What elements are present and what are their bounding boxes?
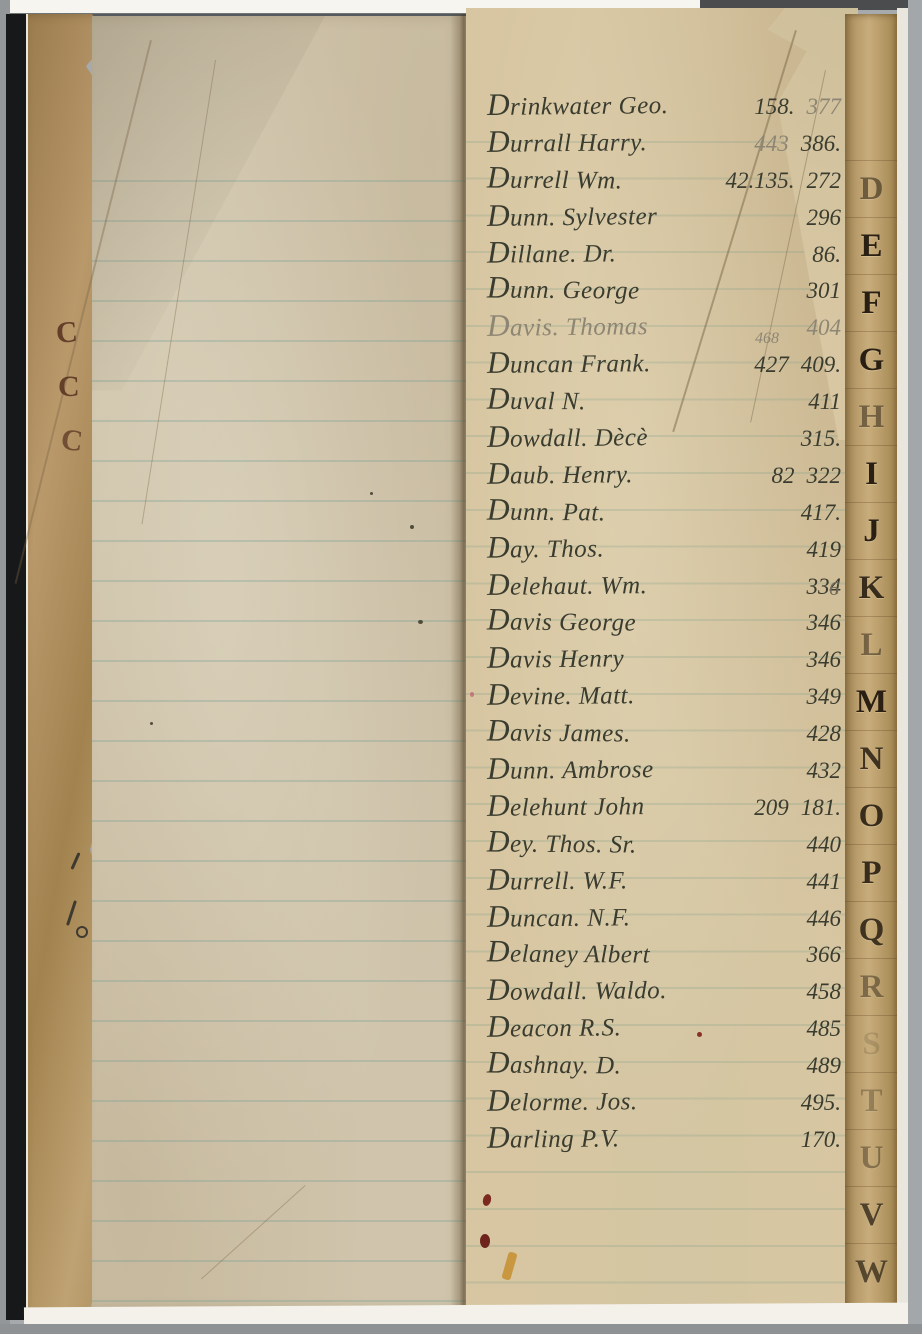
entry-name: Dowdall. Waldo.	[487, 970, 667, 1008]
index-entry: Davis James.428	[487, 713, 841, 750]
page-number: 411	[808, 389, 841, 415]
page-number: 272	[807, 168, 842, 194]
alpha-tab-m: M	[845, 673, 898, 730]
alpha-tab-v: V	[845, 1186, 898, 1243]
alpha-tab-letter: I	[865, 456, 878, 493]
page-number: 42.135.	[726, 168, 795, 194]
page-number: 417.	[801, 500, 841, 526]
index-entry: Dunn. Pat.417.	[487, 492, 841, 529]
entry-page-numbers: 443386.	[754, 131, 841, 157]
index-entry: Daub. Henry.82322	[487, 455, 841, 492]
index-entry: Dowdall. Dècè315.	[487, 418, 841, 455]
entry-name: Delaney Albert	[487, 934, 650, 971]
index-entry: Dowdall. Waldo.458	[487, 971, 841, 1008]
ink-speck	[370, 492, 373, 495]
alpha-tab-k: K	[845, 559, 898, 616]
alpha-tab-letter: N	[860, 741, 884, 778]
entry-name: Drinkwater Geo.	[487, 85, 669, 123]
entry-page-numbers: 86.	[812, 242, 841, 268]
entry-name: Dey. Thos. Sr.	[487, 823, 637, 860]
alpha-tab-letter: T	[860, 1083, 882, 1120]
alpha-tab-letter: H	[859, 399, 885, 436]
left-tab-remnant: C	[55, 315, 79, 350]
entry-page-numbers: 489	[807, 1053, 842, 1079]
margin-pencil-mark: 6	[829, 578, 839, 601]
entry-name: Durrell. W.F.	[487, 860, 628, 897]
scanner-edge-bottom	[0, 1324, 922, 1334]
entry-name: Daub. Henry.	[487, 454, 633, 492]
index-entry: Davis Henry346	[487, 639, 841, 676]
index-entry: Delaney Albert366	[487, 934, 841, 971]
entry-page-numbers: 495.	[801, 1090, 841, 1116]
page-number: 419	[807, 537, 842, 563]
alpha-tab-i: I	[845, 445, 898, 502]
index-entry: Darling P.V.170.	[487, 1119, 841, 1156]
alpha-tab-t: T	[845, 1072, 898, 1129]
alpha-tab-letter: D	[860, 171, 884, 208]
red-ink-dot	[697, 1032, 702, 1037]
alpha-tab-letter: E	[860, 228, 882, 265]
page-number: 386.	[801, 131, 841, 157]
alpha-tab-letter: M	[856, 684, 887, 721]
alpha-tab-r: R	[845, 958, 898, 1015]
entry-page-numbers: 446	[807, 906, 842, 932]
alpha-tab-j: J	[845, 502, 898, 559]
entry-page-numbers: 82322	[772, 463, 842, 489]
index-entry: Dillane. Dr.86.	[487, 234, 841, 271]
page-number: 209	[754, 795, 789, 821]
entry-name: Davis Henry	[487, 639, 624, 676]
alpha-tab-column: DEFGHIJKLMNOPQRSTUVW	[845, 14, 898, 1314]
index-entry: Duval N.411	[487, 381, 841, 418]
alpha-tab-letter: W	[855, 1254, 888, 1291]
entry-page-numbers: 419	[807, 537, 842, 563]
page-number: 346	[807, 647, 842, 673]
entry-page-numbers: 158.377	[754, 94, 841, 120]
entry-page-numbers: 346	[807, 610, 842, 636]
index-entry: Devine. Matt.349	[487, 676, 841, 713]
page-number: 458	[807, 979, 842, 1005]
entry-name: Dunn. Pat.	[487, 491, 606, 528]
alpha-tab-o: O	[845, 787, 898, 844]
alpha-tab-h: H	[845, 388, 898, 445]
page-number: 446	[807, 906, 842, 932]
index-entry: Drinkwater Geo.158.377	[487, 86, 841, 123]
page-number: 489	[807, 1053, 842, 1079]
page-number: 443	[754, 131, 789, 157]
index-entry: Durrell Wm.42.135.272	[487, 160, 841, 197]
index-entry: Dashnay. D.489	[487, 1045, 841, 1082]
book-spine-shadow	[6, 14, 28, 1320]
scanner-edge-right	[908, 0, 922, 1334]
entry-page-numbers: 441	[807, 869, 842, 895]
alpha-tab-letter: R	[860, 969, 884, 1006]
index-entry: Dunn. Sylvester296	[487, 197, 841, 234]
index-entry: Duncan. N.F.446	[487, 898, 841, 935]
entry-page-numbers: 411	[808, 389, 841, 415]
ink-speck	[418, 620, 423, 624]
entry-page-numbers: 301	[807, 278, 842, 304]
page-number: 428	[807, 721, 842, 747]
page-number: 409.	[801, 352, 841, 378]
alpha-tab-letter: G	[859, 342, 885, 379]
entry-page-numbers: 42.135.272	[726, 168, 842, 194]
index-entry: Delorme. Jos.495.	[487, 1082, 841, 1119]
entry-name: Dunn. Sylvester	[487, 196, 658, 234]
page-number: 170.	[801, 1127, 841, 1153]
tab-column-spacer	[845, 14, 898, 160]
entry-name: Dunn. Ambrose	[487, 749, 654, 787]
page-number: 485	[807, 1016, 842, 1042]
scanned-ledger-spread: Drinkwater Geo.158.377Durrall Harry.4433…	[0, 0, 922, 1334]
entry-page-numbers: 417.	[801, 500, 841, 526]
alpha-tab-q: Q	[845, 901, 898, 958]
pencil-correction-note: 468	[755, 330, 779, 348]
entry-page-numbers: 366	[807, 942, 842, 968]
page-number: 432	[807, 758, 842, 784]
alpha-tab-letter: U	[860, 1140, 884, 1177]
alpha-tab-w: W	[845, 1243, 898, 1300]
page-number: 349	[807, 684, 842, 710]
alpha-tab-s: S	[845, 1015, 898, 1072]
index-entry: Durrall Harry.443386.	[487, 123, 841, 160]
index-entry: Day. Thos.419	[487, 529, 841, 566]
entry-name: Durrell Wm.	[487, 159, 623, 196]
entry-name: Dillane. Dr.	[487, 233, 617, 270]
alpha-tab-u: U	[845, 1129, 898, 1186]
alpha-tab-p: P	[845, 844, 898, 901]
left-tab-remnant: C	[58, 370, 80, 404]
entry-name: Davis George	[487, 602, 636, 639]
alpha-tab-f: F	[845, 274, 898, 331]
entry-name: Delorme. Jos.	[487, 1081, 638, 1119]
page-number: 366	[807, 942, 842, 968]
entry-name: Durrall Harry.	[487, 122, 648, 160]
index-entry: Dunn. Ambrose432	[487, 750, 841, 787]
ink-speck	[150, 722, 153, 725]
index-entry: Davis George346	[487, 602, 841, 639]
index-entry: Deacon R.S.485	[487, 1008, 841, 1045]
entry-page-numbers: 404	[807, 315, 842, 341]
entry-page-numbers: 296	[807, 205, 842, 231]
alpha-tab-letter: F	[861, 285, 881, 322]
entry-page-numbers: 458	[807, 979, 842, 1005]
entry-name: Dunn. George	[487, 270, 640, 307]
index-entry: Duncan Frank.427409.468	[487, 344, 841, 381]
page-number: 495.	[801, 1090, 841, 1116]
alpha-tab-l: L	[845, 616, 898, 673]
entry-page-numbers: 349	[807, 684, 842, 710]
entry-page-numbers: 346	[807, 647, 842, 673]
alpha-tab-letter: Q	[859, 912, 885, 949]
entry-name: Day. Thos.	[487, 528, 605, 565]
alpha-tab-letter: O	[859, 798, 885, 835]
alpha-tab-n: N	[845, 730, 898, 787]
index-entry-list: Drinkwater Geo.158.377Durrall Harry.4433…	[487, 86, 841, 1156]
entry-name: Delehaut. Wm.	[487, 565, 648, 603]
page-number: 346	[807, 610, 842, 636]
page-number: 296	[807, 205, 842, 231]
entry-page-numbers: 440	[807, 832, 842, 858]
page-number: 377	[807, 94, 842, 120]
entry-name: Dashnay. D.	[487, 1045, 622, 1082]
entry-name: Duncan. N.F.	[487, 897, 631, 934]
index-entry: Delehaut. Wm.334	[487, 566, 841, 603]
alpha-tab-letter: S	[862, 1026, 880, 1063]
red-wax-spot	[480, 1234, 490, 1248]
entry-page-numbers: 209181.	[754, 795, 841, 821]
alpha-tab-letter: L	[860, 627, 882, 664]
entry-page-numbers: 428	[807, 721, 842, 747]
entry-name: Devine. Matt.	[487, 675, 635, 713]
entry-page-numbers: 432	[807, 758, 842, 784]
index-entry: Delehunt John209181.	[487, 787, 841, 824]
entry-page-numbers: 315.	[801, 426, 841, 452]
entry-page-numbers: 427409.	[754, 352, 841, 378]
alpha-tab-letter: P	[861, 855, 881, 892]
index-entry: Durrell. W.F.441	[487, 861, 841, 898]
page-number: 440	[807, 832, 842, 858]
entry-page-numbers: 485	[807, 1016, 842, 1042]
page-number: 301	[807, 278, 842, 304]
index-entry: Dey. Thos. Sr.440	[487, 824, 841, 861]
page-number: 181.	[801, 795, 841, 821]
entry-name: Delehunt John	[487, 786, 645, 824]
index-entry: Davis. Thomas404	[487, 307, 841, 344]
entry-name: Darling P.V.	[487, 1118, 620, 1155]
left-tab-remnant: C	[59, 423, 85, 459]
alpha-tab-letter: V	[860, 1197, 884, 1234]
entry-name: Davis. Thomas	[487, 307, 648, 345]
page-number: 315.	[801, 426, 841, 452]
entry-name: Dowdall. Dècè	[487, 417, 648, 455]
alpha-tab-e: E	[845, 217, 898, 274]
alpha-tab-letter: K	[859, 570, 885, 607]
page-number: 427	[754, 352, 789, 378]
page-number: 322	[807, 463, 842, 489]
entry-page-numbers: 170.	[801, 1127, 841, 1153]
alpha-tab-d: D	[845, 160, 898, 217]
entry-name: Davis James.	[487, 713, 631, 750]
stray-ink-mark	[76, 926, 88, 938]
page-number: 404	[807, 315, 842, 341]
page-number: 82	[772, 463, 795, 489]
page-number: 86.	[812, 242, 841, 268]
alpha-tab-g: G	[845, 331, 898, 388]
page-number: 158.	[754, 94, 794, 120]
entry-name: Duncan Frank.	[487, 343, 651, 381]
page-number: 441	[807, 869, 842, 895]
alpha-tab-letter: J	[863, 513, 880, 550]
entry-name: Deacon R.S.	[487, 1008, 622, 1045]
pink-speck	[470, 692, 474, 697]
index-entry: Dunn. George301	[487, 270, 841, 307]
entry-name: Duval N.	[487, 381, 586, 418]
ink-speck	[410, 525, 414, 529]
